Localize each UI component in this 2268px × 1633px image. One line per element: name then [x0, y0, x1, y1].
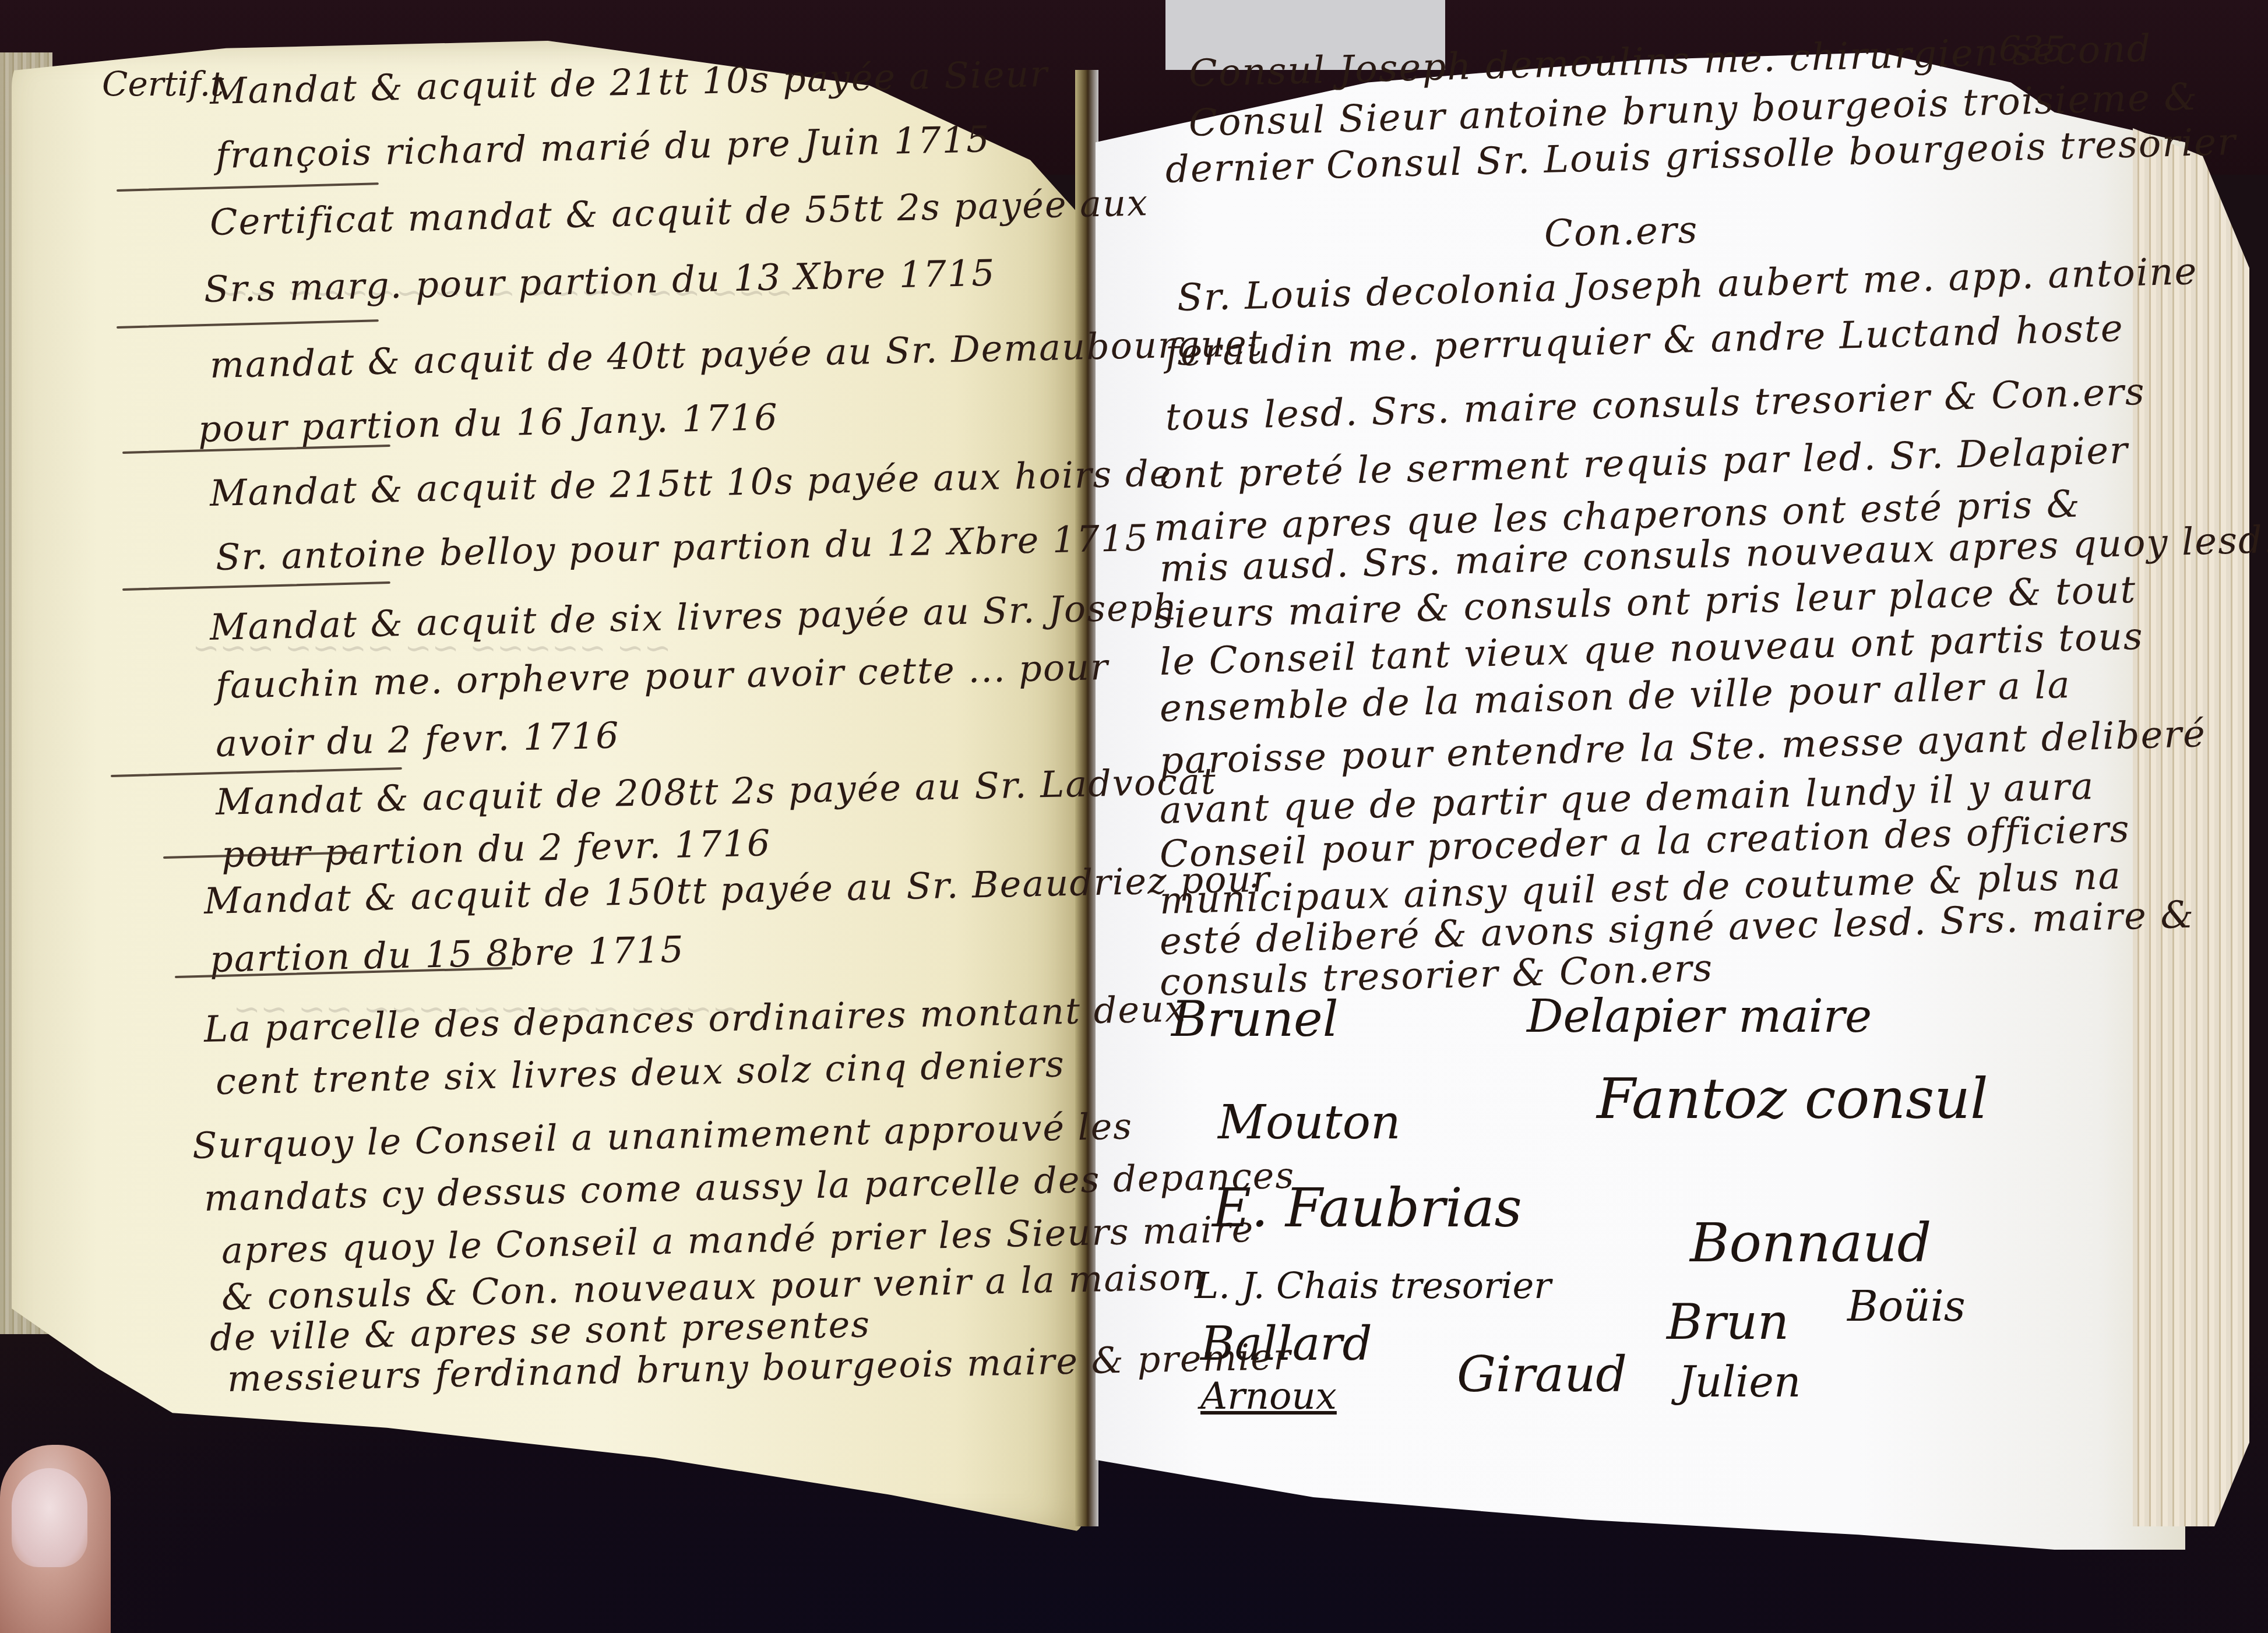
right-page-edges [2133, 128, 2249, 1526]
signature: Giraud [1457, 1346, 1627, 1403]
signature: Brunel [1171, 990, 1339, 1047]
signature: Mouton [1218, 1095, 1400, 1149]
signature: E. Faubrias [1212, 1177, 1522, 1239]
signature: Julien [1678, 1357, 1801, 1406]
signature: Ballard [1200, 1317, 1372, 1371]
signature: Bonnaud [1690, 1212, 1932, 1274]
manuscript-line: Con.ers [1544, 209, 1699, 256]
signature: L. J. Chais tresorier [1195, 1264, 1551, 1307]
margin-note: Certif.t [102, 64, 224, 104]
signature: Brun [1667, 1293, 1789, 1350]
signature: Arnoux [1200, 1375, 1337, 1418]
manuscript-line: avoir du 2 fevr. 1716 [215, 714, 620, 765]
signature: Delapier maire [1527, 990, 1872, 1043]
open-register: ~~~ ~~ ~~~~ ~~~ ~~~~~ ~~ ~~ ~~~~~ ~~ ~~~… [0, 0, 2268, 1633]
signature: Boüis [1847, 1282, 1966, 1331]
thumbnail [12, 1468, 87, 1567]
signature: Fantoz consul [1597, 1066, 1988, 1131]
